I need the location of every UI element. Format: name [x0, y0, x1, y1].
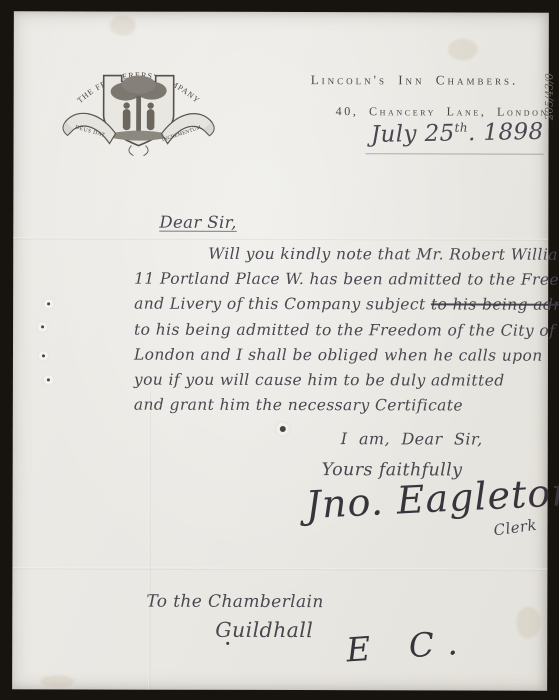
letter-line-1: Will you kindly note that Mr. Robert Wil… [134, 242, 559, 268]
pinhole-left-4 [47, 378, 50, 381]
letter-body: Will you kindly note that Mr. Robert Wil… [134, 242, 559, 420]
letter-line-3: and Livery of this Company subject to hi… [134, 292, 559, 318]
addressee-line-1: To the Chamberlain [146, 592, 323, 612]
fold-crease-top [13, 237, 548, 240]
letterhead-chambers: Lincoln's Inn Chambers. [311, 72, 519, 89]
letter-paper: THE FRUITERERS' COMPANY [12, 11, 549, 690]
foxing-stain-2 [516, 607, 540, 639]
letter-line-6: you if you will cause him to be duly adm… [134, 368, 559, 394]
pinhole-left-2 [41, 325, 44, 328]
pinhole-center [280, 426, 286, 432]
letter-line-2: 11 Portland Place W. has been admitted t… [134, 267, 559, 293]
foxing-stain-3 [40, 675, 74, 687]
crest-svg: THE FRUITERERS' COMPANY [59, 41, 217, 177]
salutation: Dear Sir, [159, 213, 237, 232]
postal-district-initials: E C. [345, 622, 472, 669]
archival-reference: 205/43/0 [544, 47, 556, 147]
date-rule [366, 153, 544, 154]
vertical-crease [148, 392, 151, 690]
letter-line-3-struck-text: to his being admitted [431, 296, 559, 314]
handwritten-date: July 25th. 1898 [365, 119, 543, 148]
fold-crease-bottom [12, 567, 547, 570]
letterhead-address: 40, Chancery Lane, London, w.c. [336, 104, 559, 120]
signer-title: Clerk [493, 516, 538, 540]
addressee-line-2: Guildhall [215, 618, 313, 642]
ink-speck [226, 642, 229, 645]
foxing-stain-1 [448, 38, 478, 60]
pinhole-left-1 [47, 302, 50, 305]
letter-line-4: to his being admitted to the Freedom of … [134, 317, 559, 343]
fruiterers-company-crest-icon: THE FRUITERERS' COMPANY [59, 41, 217, 177]
valediction-line-1: I am, Dear Sir, [341, 429, 483, 448]
pinhole-left-3 [42, 354, 45, 357]
letter-line-7: and grant him the necessary Certificate [134, 393, 559, 419]
scanned-letter-photograph: { "colors": { "bg": "#17130f", "paper": … [0, 0, 559, 700]
date-ordinal: th [454, 121, 468, 135]
date-year: . 1898 [468, 119, 544, 146]
letter-line-3-text: and Livery of this Company subject [134, 295, 431, 314]
letter-line-5: London and I shall be obliged when he ca… [134, 342, 559, 368]
foxing-stain-4 [110, 16, 136, 36]
date-day: July 25 [371, 120, 455, 148]
ribbon-curls [129, 146, 148, 156]
